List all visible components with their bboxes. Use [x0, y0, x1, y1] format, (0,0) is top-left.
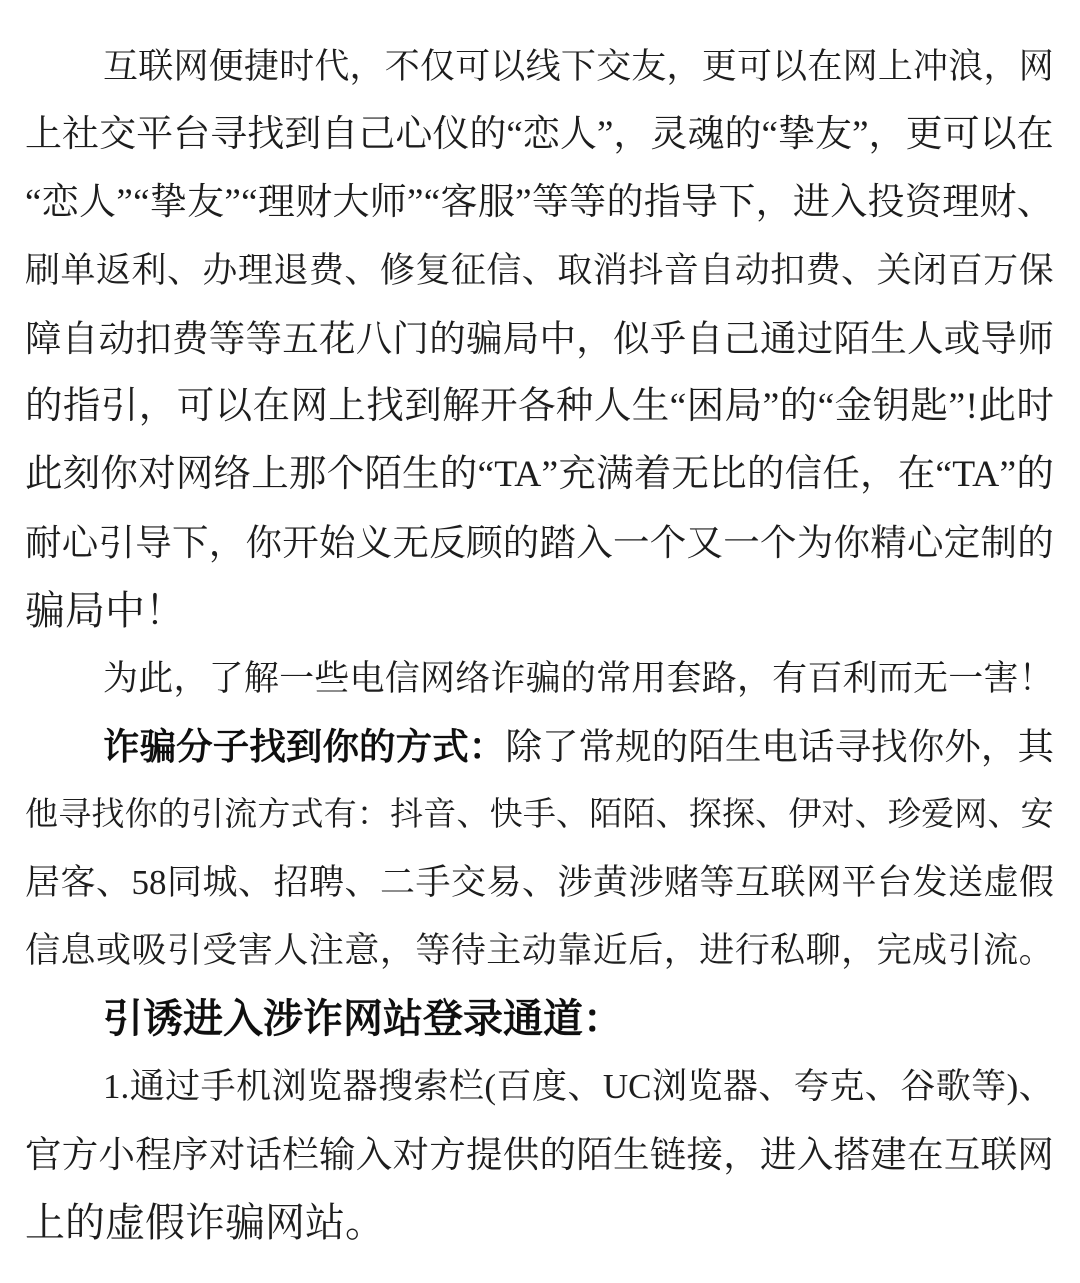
text-line: 刷单返利、办理退费、修复征信、取消抖音自动扣费、关闭百万保 — [25, 237, 1054, 305]
char: 刷 — [25, 237, 60, 305]
char: 门 — [393, 305, 430, 373]
char: 制 — [981, 509, 1018, 577]
char: 充 — [558, 441, 596, 509]
char: 器 — [723, 1053, 758, 1121]
char: 上 — [328, 373, 366, 441]
char: 、 — [522, 237, 557, 305]
char: “ — [818, 373, 835, 441]
char: 话 — [246, 1121, 283, 1189]
char: 虚 — [983, 849, 1018, 917]
char: 同 — [167, 849, 202, 917]
char: 浏 — [272, 1053, 307, 1121]
char: 网 — [290, 373, 328, 441]
char: 入 — [830, 169, 867, 237]
char: 除 — [505, 713, 542, 781]
char: 寻 — [835, 713, 872, 781]
char: 办 — [202, 237, 237, 305]
char: 此 — [978, 373, 1016, 441]
bold-run: 引诱进入涉诈网站登录通道： — [103, 985, 623, 1053]
char: 耐 — [25, 509, 62, 577]
char: 搭 — [834, 1121, 871, 1189]
char: 定 — [944, 509, 981, 577]
char: 台 — [173, 101, 210, 169]
char: 私 — [770, 917, 805, 985]
char: 骗 — [526, 645, 561, 713]
char: 个 — [760, 509, 797, 577]
char: 、 — [656, 781, 689, 849]
char: 其 — [1017, 713, 1054, 781]
char: 百 — [948, 237, 983, 305]
char: 你 — [100, 441, 138, 509]
char: 、 — [855, 781, 888, 849]
char: 理 — [942, 169, 979, 237]
char: 挚 — [150, 169, 187, 237]
char: 入 — [576, 509, 613, 577]
char: 刻 — [63, 441, 101, 509]
text-line: 为此，了解一些电信网络诈骗的常用套路，有百利而无一害！ — [25, 645, 1054, 713]
char: 骗 — [140, 713, 177, 781]
char: 理 — [238, 237, 273, 305]
char: 等 — [532, 169, 569, 237]
char: 对 — [138, 441, 176, 509]
text-line: 互联网便捷时代，不仅可以线下交友，更可以在网上冲浪，网 — [25, 33, 1054, 101]
char: 话 — [798, 713, 835, 781]
text-run: 骗局中！ — [25, 577, 185, 645]
char: 以 — [215, 373, 253, 441]
char: 的 — [503, 509, 540, 577]
char: ， — [737, 645, 772, 713]
char: 恋 — [42, 169, 79, 237]
char: 扣 — [135, 305, 172, 373]
char: 无 — [913, 645, 948, 713]
char: 抖 — [390, 781, 423, 849]
char: 涉 — [628, 849, 663, 917]
char: 赌 — [664, 849, 699, 917]
char: 、 — [556, 781, 589, 849]
char: 取 — [557, 237, 592, 305]
char: 互 — [944, 1121, 981, 1189]
char: ， — [841, 917, 876, 985]
char: 生 — [402, 441, 440, 509]
char: 心 — [907, 509, 944, 577]
char: 网 — [173, 33, 208, 101]
char: “ — [25, 169, 41, 237]
char: 行 — [735, 917, 770, 985]
char: 送 — [948, 849, 983, 917]
char: 信 — [25, 917, 60, 985]
char: 音 — [423, 781, 456, 849]
char: ” — [999, 441, 1016, 509]
char: ， — [860, 441, 898, 509]
char: 寻 — [58, 781, 91, 849]
char: 待 — [451, 917, 486, 985]
char: 网 — [843, 33, 878, 101]
char: 发 — [912, 849, 947, 917]
char: 外 — [944, 713, 981, 781]
char: 完 — [877, 917, 912, 985]
char: 输 — [319, 1121, 356, 1189]
char: ， — [350, 33, 385, 101]
char: ， — [139, 373, 177, 441]
char: 用 — [631, 645, 666, 713]
char: 进 — [760, 1121, 797, 1189]
char: 涉 — [557, 849, 592, 917]
char: ” — [407, 169, 423, 237]
char: 度 — [532, 1053, 567, 1121]
char: 路 — [702, 645, 737, 713]
char: 关 — [877, 237, 912, 305]
char: 个 — [327, 441, 365, 509]
char: 的 — [158, 781, 191, 849]
char: “ — [133, 169, 149, 237]
char: 联 — [138, 33, 173, 101]
char: 近 — [593, 917, 628, 985]
char: 魂 — [687, 101, 724, 169]
char: 吸 — [131, 917, 166, 985]
char: 陌 — [589, 781, 622, 849]
char: 在 — [898, 441, 936, 509]
char: 接 — [687, 1121, 724, 1189]
char: 一 — [723, 509, 760, 577]
char: 的 — [725, 101, 762, 169]
char: 等 — [569, 169, 606, 237]
document-page: 互联网便捷时代，不仅可以线下交友，更可以在网上冲浪，网 上社交平台寻找到自己心仪… — [0, 0, 1080, 1283]
char: 。 — [1019, 917, 1054, 985]
char: 珍 — [888, 781, 921, 849]
char: 套 — [667, 645, 702, 713]
char: 可 — [177, 373, 215, 441]
char: 小 — [99, 1121, 136, 1189]
char: 网 — [1019, 33, 1054, 101]
char: 找 — [366, 373, 404, 441]
char: 骗 — [466, 305, 503, 373]
char: 自 — [62, 305, 99, 373]
char: 或 — [96, 917, 131, 985]
char: 链 — [650, 1121, 687, 1189]
char: 引 — [167, 917, 202, 985]
char: 指 — [63, 373, 101, 441]
char: 些 — [314, 645, 349, 713]
char: 、 — [456, 781, 489, 849]
char: 通 — [760, 305, 797, 373]
char: 的 — [440, 441, 478, 509]
char: 又 — [687, 509, 724, 577]
char: 、 — [841, 237, 876, 305]
char: 财 — [295, 169, 332, 237]
char: “ — [241, 169, 257, 237]
char: 解 — [442, 373, 480, 441]
char: 网 — [1017, 1121, 1054, 1189]
text-line: 上的虚假诈骗网站。 — [25, 1189, 1054, 1257]
char: 在 — [253, 373, 291, 441]
char: 等 — [415, 917, 450, 985]
text-run: 上的虚假诈骗网站。 — [25, 1189, 385, 1257]
char: 、 — [1019, 1053, 1054, 1121]
char: 到 — [404, 373, 442, 441]
char: 为 — [103, 645, 138, 713]
char: 自 — [687, 305, 724, 373]
char: 聘 — [309, 849, 344, 917]
char: 可 — [943, 101, 980, 169]
char: 师 — [1017, 305, 1054, 373]
char: 等 — [209, 305, 246, 373]
char: 返 — [96, 237, 131, 305]
char: 保 — [1019, 237, 1054, 305]
char: 探 — [722, 781, 755, 849]
char: ， — [173, 645, 208, 713]
char: TA — [952, 441, 999, 509]
char: 、 — [344, 237, 379, 305]
char: 上 — [25, 101, 62, 169]
char: 信 — [385, 645, 420, 713]
char: ： — [357, 781, 390, 849]
char: 百 — [497, 1053, 532, 1121]
char: 代 — [314, 33, 349, 101]
text-line: 上社交平台寻找到自己心仪的“恋人”，灵魂的“挚友”，更可以在 — [25, 101, 1054, 169]
char: ( — [484, 1053, 496, 1121]
char: 局 — [725, 373, 763, 441]
text-line: 诈骗分子找到你的方式：除了常规的陌生电话寻找你外，其 — [25, 713, 1054, 781]
char: 百 — [807, 645, 842, 713]
char: 联 — [981, 1121, 1018, 1189]
char: ， — [613, 101, 650, 169]
char: ， — [576, 305, 613, 373]
char: 挚 — [778, 101, 815, 169]
char: 导 — [981, 305, 1018, 373]
char: 己 — [723, 305, 760, 373]
char: “ — [670, 373, 687, 441]
char: 便 — [209, 33, 244, 101]
char: 费 — [172, 305, 209, 373]
char: 对 — [393, 1121, 430, 1189]
char: 更 — [702, 33, 737, 101]
char: 在 — [807, 33, 842, 101]
char: 子 — [213, 713, 250, 781]
char: 可 — [737, 33, 772, 101]
char: 一 — [948, 645, 983, 713]
char: 方 — [429, 1121, 466, 1189]
char: 网 — [806, 849, 841, 917]
char: 分 — [176, 713, 213, 781]
char: ， — [869, 101, 906, 169]
char: 你 — [322, 713, 359, 781]
char: 陌 — [364, 441, 402, 509]
char: 投 — [868, 169, 905, 237]
char: 式 — [291, 781, 324, 849]
char: 息 — [60, 917, 95, 985]
char: 人 — [594, 373, 632, 441]
char: 引 — [948, 917, 983, 985]
char: 入 — [356, 1121, 393, 1189]
char: 台 — [877, 849, 912, 917]
char: 五 — [282, 305, 319, 373]
char: 的 — [1016, 441, 1054, 509]
char: 满 — [596, 441, 634, 509]
char: 万 — [983, 237, 1018, 305]
char: 歌 — [936, 1053, 971, 1121]
char: 友 — [815, 101, 852, 169]
char: 任 — [822, 441, 860, 509]
char: 己 — [358, 101, 395, 169]
char: 的 — [469, 101, 506, 169]
char: 、 — [865, 1053, 900, 1121]
char: 时 — [279, 33, 314, 101]
char: 黄 — [593, 849, 628, 917]
char: 、 — [522, 849, 557, 917]
char: 钥 — [873, 373, 911, 441]
char: 害 — [983, 645, 1018, 713]
char: 城 — [202, 849, 237, 917]
char: 过 — [165, 1053, 200, 1121]
char: 此 — [138, 645, 173, 713]
char: 冲 — [913, 33, 948, 101]
char: 扣 — [770, 237, 805, 305]
char: 常 — [596, 645, 631, 713]
char: 通 — [130, 1053, 165, 1121]
char: 时 — [1016, 373, 1054, 441]
char: 花 — [319, 305, 356, 373]
char: 你 — [834, 509, 871, 577]
char: 大 — [332, 169, 369, 237]
char: 导 — [135, 509, 172, 577]
char: 线 — [526, 33, 561, 101]
char: 览 — [687, 1053, 722, 1121]
char: 人 — [560, 101, 597, 169]
char: 快 — [490, 781, 523, 849]
char: 流 — [224, 781, 257, 849]
char: 的 — [780, 373, 818, 441]
char: ” — [852, 101, 868, 169]
char: 的 — [25, 373, 63, 441]
char: 陌 — [576, 1121, 613, 1189]
char: 下 — [718, 169, 755, 237]
char: 陌 — [688, 713, 725, 781]
char: 音 — [664, 237, 699, 305]
char: 匙 — [911, 373, 949, 441]
char: 客 — [441, 169, 478, 237]
char: 利 — [843, 645, 878, 713]
char: 财 — [979, 169, 1016, 237]
char: 心 — [395, 101, 432, 169]
char: 意 — [344, 917, 379, 985]
char: ， — [664, 917, 699, 985]
text-line: 耐心引导下，你开始义无反顾的踏入一个又一个为你精心定制的 — [25, 509, 1054, 577]
char: 提 — [466, 1121, 503, 1189]
char: 、 — [96, 849, 131, 917]
char: 捷 — [244, 33, 279, 101]
char: 更 — [906, 101, 943, 169]
char: 官 — [25, 1121, 62, 1189]
char: 索 — [413, 1053, 448, 1121]
char: 下 — [561, 33, 596, 101]
char: 社 — [62, 101, 99, 169]
char: 一 — [613, 509, 650, 577]
char: 此 — [25, 441, 63, 509]
text-line: 1.通过手机浏览器搜索栏(百度、UC浏览器、夸克、谷歌等)、 — [25, 1053, 1054, 1121]
char: 互 — [103, 33, 138, 101]
char: 你 — [125, 781, 158, 849]
char: 中 — [540, 305, 577, 373]
char: 八 — [356, 305, 393, 373]
char: 电 — [350, 645, 385, 713]
char: 以 — [772, 33, 807, 101]
char: 障 — [25, 305, 62, 373]
char: ， — [380, 917, 415, 985]
char: 、 — [1017, 169, 1054, 237]
char: 聊 — [806, 917, 841, 985]
char: 的 — [652, 713, 689, 781]
char: 动 — [99, 305, 136, 373]
char: 师 — [370, 169, 407, 237]
char: 的 — [747, 441, 785, 509]
char: 靠 — [557, 917, 592, 985]
char: 电 — [761, 713, 798, 781]
char: ” — [515, 169, 531, 237]
char: 易 — [486, 849, 521, 917]
char: 陌 — [834, 305, 871, 373]
char: 踏 — [540, 509, 577, 577]
char: 精 — [870, 509, 907, 577]
char: 可 — [455, 33, 490, 101]
text-line: 信息或吸引受害人注意，等待主动靠近后，进行私聊，完成引流。 — [25, 917, 1054, 985]
char: 供 — [503, 1121, 540, 1189]
char: 成 — [912, 917, 947, 985]
char: 等 — [246, 305, 283, 373]
char: 平 — [136, 101, 173, 169]
char: TA — [494, 441, 541, 509]
char: 、 — [344, 849, 379, 917]
char: 过 — [797, 305, 834, 373]
text-line: 的指引，可以在网上找到解开各种人生“困局”的“金钥匙”!此时 — [25, 373, 1054, 441]
char: 害 — [238, 917, 273, 985]
char: 在 — [1017, 101, 1054, 169]
char: 流 — [983, 917, 1018, 985]
char: 个 — [650, 509, 687, 577]
char: 手 — [415, 849, 450, 917]
char: 到 — [286, 713, 323, 781]
char: 栏 — [282, 1121, 319, 1189]
char: 无 — [393, 509, 430, 577]
char: 他 — [25, 781, 58, 849]
char: 招 — [273, 849, 308, 917]
char: 对 — [822, 781, 855, 849]
char: 你 — [908, 713, 945, 781]
char: 、 — [238, 849, 273, 917]
char: 反 — [429, 509, 466, 577]
char: 手 — [523, 781, 556, 849]
char: “ — [506, 101, 522, 169]
char: 的 — [561, 645, 596, 713]
char: 主 — [486, 917, 521, 985]
char: 困 — [687, 373, 725, 441]
char: ! — [966, 373, 979, 441]
char: 开 — [480, 373, 518, 441]
char: 的 — [540, 1121, 577, 1189]
char: 方 — [257, 781, 290, 849]
char: 乎 — [650, 305, 687, 373]
char: 常 — [579, 713, 616, 781]
char: 指 — [644, 169, 681, 237]
char: 络 — [214, 441, 252, 509]
char: 而 — [878, 645, 913, 713]
char: 、 — [167, 237, 202, 305]
char: 灵 — [650, 101, 687, 169]
char: ： — [469, 713, 506, 781]
char: 机 — [236, 1053, 271, 1121]
char: ， — [723, 1121, 760, 1189]
char: 以 — [490, 33, 525, 101]
char: 的 — [606, 169, 643, 237]
